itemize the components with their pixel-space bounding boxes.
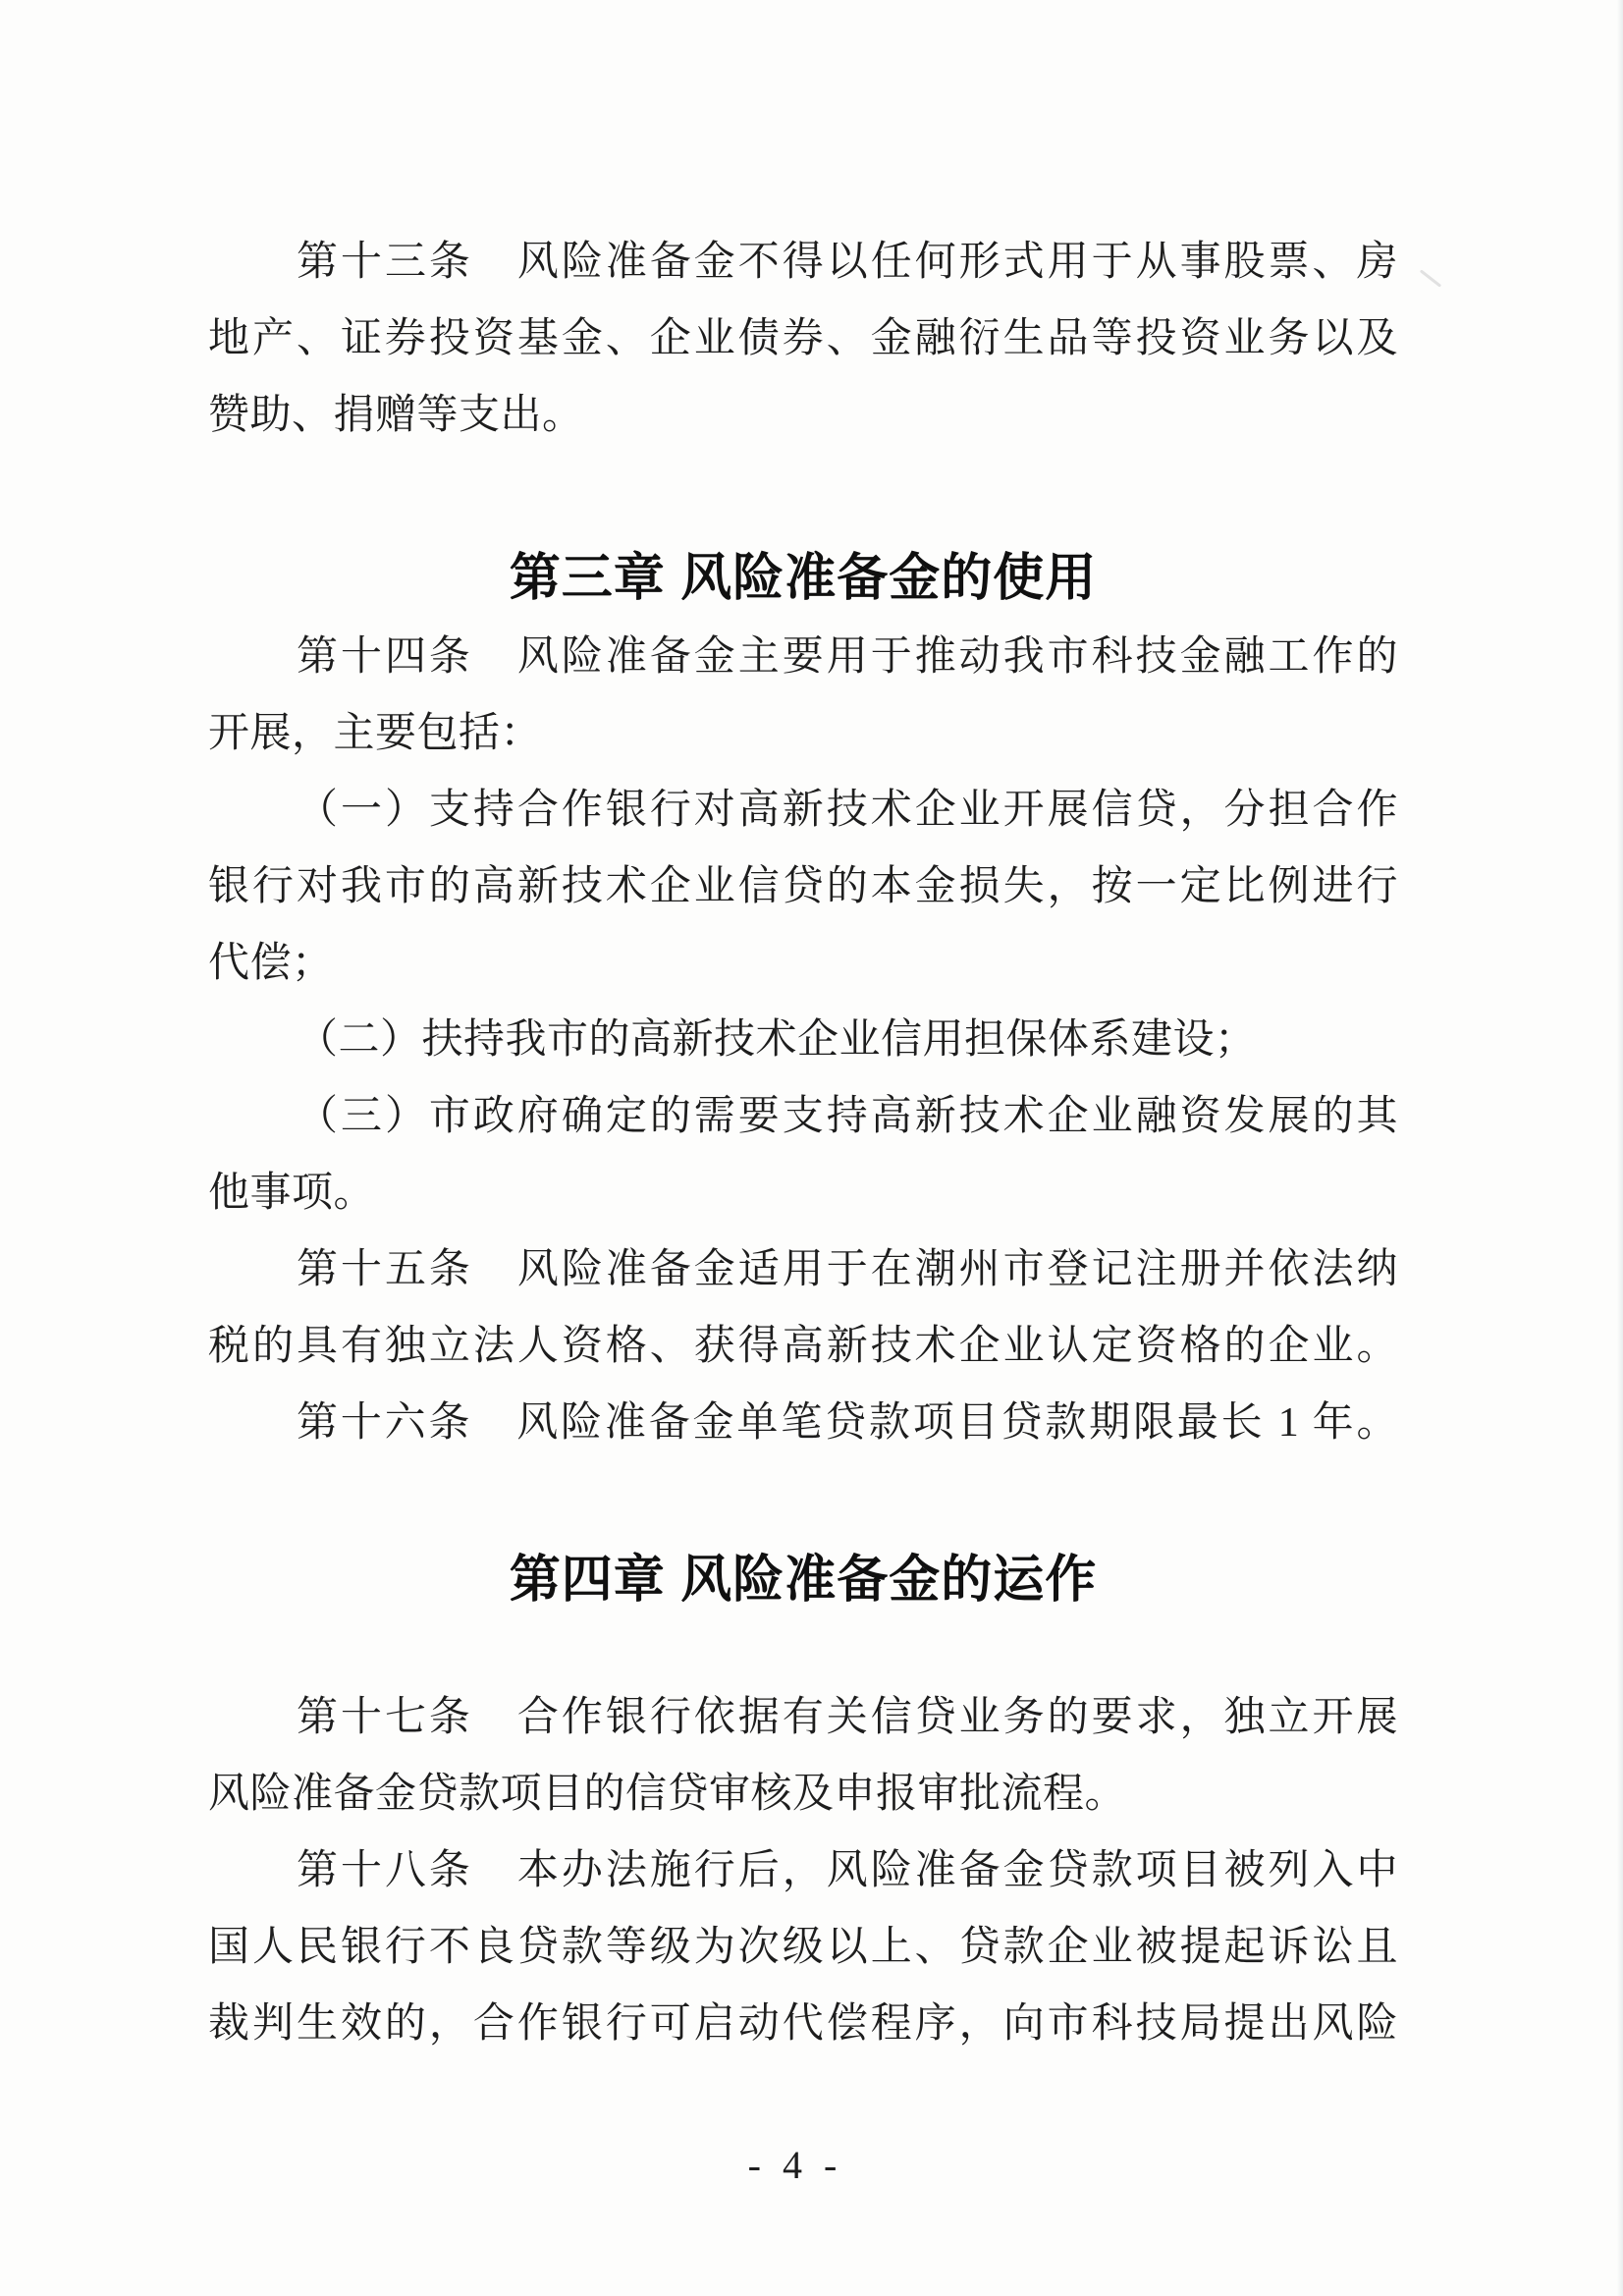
- text-line: （二）扶持我市的高新技术企业信用担保体系建设；: [208, 1002, 1398, 1078]
- chapter-heading: 第三章 风险准备金的使用: [208, 538, 1398, 619]
- text-line: （一）支持合作银行对高新技术企业开展信贷，分担合作: [208, 772, 1398, 848]
- text-line: 风险准备金贷款项目的信贷审核及申报审批流程。: [208, 1756, 1398, 1832]
- document-page: 第十三条 风险准备金不得以任何形式用于从事股票、房地产、证券投资基金、企业债券、…: [0, 0, 1623, 2296]
- scan-speck-artifact: [1420, 269, 1441, 287]
- text-line: 第十五条 风险准备金适用于在潮州市登记注册并依法纳: [208, 1231, 1398, 1308]
- text-line: （三）市政府确定的需要支持高新技术企业融资发展的其: [208, 1078, 1398, 1155]
- text-line: 第十六条 风险准备金单笔贷款项目贷款期限最长 1 年。: [208, 1385, 1398, 1461]
- text-line: 税的具有独立法人资格、获得高新技术企业认定资格的企业。: [208, 1308, 1398, 1385]
- text-line: 国人民银行不良贷款等级为次级以上、贷款企业被提起诉讼且: [208, 1909, 1398, 1986]
- document-body: 第十三条 风险准备金不得以任何形式用于从事股票、房地产、证券投资基金、企业债券、…: [208, 224, 1398, 2062]
- text-line: 第十七条 合作银行依据有关信贷业务的要求，独立开展: [208, 1679, 1398, 1756]
- text-line: 他事项。: [208, 1155, 1398, 1231]
- text-line: 代偿；: [208, 925, 1398, 1002]
- text-line: 第十四条 风险准备金主要用于推动我市科技金融工作的: [208, 619, 1398, 695]
- text-line: 赞助、捐赠等支出。: [208, 377, 1398, 454]
- chapter-heading: 第四章 风险准备金的运作: [208, 1540, 1398, 1620]
- text-line: 裁判生效的，合作银行可启动代偿程序，向市科技局提出风险: [208, 1986, 1398, 2062]
- scan-edge-artifact: [1617, 0, 1623, 2296]
- text-line: 第十八条 本办法施行后，风险准备金贷款项目被列入中: [208, 1832, 1398, 1909]
- text-line: 第十三条 风险准备金不得以任何形式用于从事股票、房: [208, 224, 1398, 301]
- page-number: - 4 -: [0, 2141, 1591, 2190]
- text-line: 开展，主要包括：: [208, 695, 1398, 772]
- text-line: 银行对我市的高新技术企业信贷的本金损失，按一定比例进行: [208, 848, 1398, 925]
- text-line: 地产、证券投资基金、企业债券、金融衍生品等投资业务以及: [208, 301, 1398, 377]
